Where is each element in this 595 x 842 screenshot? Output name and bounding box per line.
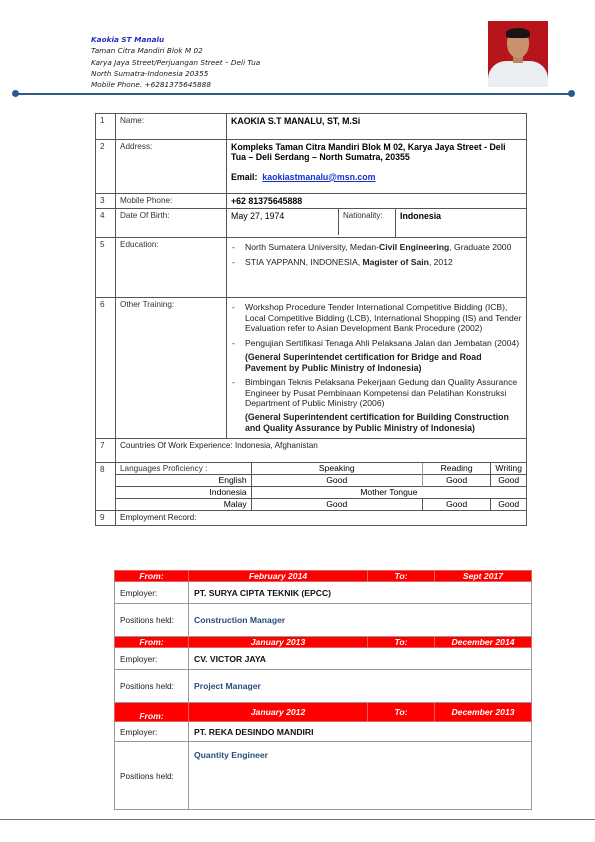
profile-photo bbox=[488, 21, 548, 87]
row-number: 9 bbox=[96, 510, 116, 525]
row-number: 4 bbox=[96, 209, 116, 238]
to-date: December 2014 bbox=[435, 637, 532, 648]
divider-dot-left bbox=[12, 90, 19, 97]
header-address-line2: Karya Jaya Street/Perjuangan Street – De… bbox=[91, 57, 260, 68]
header-writing: Writing bbox=[491, 463, 526, 475]
from-label: From: bbox=[115, 571, 189, 582]
row-number: 8 bbox=[96, 462, 116, 510]
dob-text: May 27, 1974 bbox=[231, 211, 284, 221]
language-name: Malay bbox=[116, 498, 251, 510]
training-item: Bimbingan Teknis Pelaksana Pekerjaan Ged… bbox=[245, 377, 522, 433]
position-value: Construction Manager bbox=[189, 604, 532, 637]
language-name: Indonesia bbox=[116, 486, 251, 498]
row-number: 3 bbox=[96, 194, 116, 209]
employer-label: Employer: bbox=[115, 722, 189, 742]
languages-table: Languages Proficiency : Speaking Reading… bbox=[116, 463, 526, 510]
row-label: Mobile Phone: bbox=[116, 194, 227, 209]
record-date-bar: From: January 2012 To: December 2013 bbox=[115, 703, 532, 722]
countries-text: Countries Of Work Experience: Indonesia,… bbox=[116, 438, 527, 462]
from-date: January 2012 bbox=[189, 703, 368, 722]
row-number: 2 bbox=[96, 140, 116, 194]
languages-label: Languages Proficiency : bbox=[116, 463, 251, 475]
employment-table: From: February 2014 To: Sept 2017 Employ… bbox=[114, 570, 532, 810]
education-item: STIA YAPPANN, INDONESIA, Magister of Sai… bbox=[245, 257, 522, 267]
positions-label: Positions held: bbox=[115, 742, 189, 810]
row-languages: 8 Languages Proficiency : Speaking Readi… bbox=[96, 462, 527, 510]
email-line: Email: kaokiastmanalu@msn.com bbox=[231, 172, 522, 182]
row-training: 6 Other Training: Workshop Procedure Ten… bbox=[96, 298, 527, 438]
record-employer: Employer: PT. SURYA CIPTA TEKNIK (EPCC) bbox=[115, 582, 532, 604]
email-link[interactable]: kaokiastmanalu@msn.com bbox=[262, 172, 375, 182]
header-mobile: Mobile Phone. +6281375645888 bbox=[91, 79, 260, 90]
language-reading: Good bbox=[422, 498, 491, 510]
record-date-bar: From: February 2014 To: Sept 2017 bbox=[115, 571, 532, 582]
nationality-label: Nationality: bbox=[338, 209, 395, 235]
contact-header: Kaokia ST Manalu Taman Citra Mandiri Blo… bbox=[91, 34, 260, 90]
record-position: Positions held: Construction Manager bbox=[115, 604, 532, 637]
positions-label: Positions held: bbox=[115, 670, 189, 703]
row-label: Education: bbox=[116, 238, 227, 298]
language-writing: Good bbox=[491, 498, 526, 510]
language-note: Mother Tongue bbox=[251, 486, 526, 498]
row-label: Date Of Birth: bbox=[116, 209, 227, 238]
to-label: To: bbox=[368, 637, 435, 648]
employer-value: PT. REKA DESINDO MANDIRI bbox=[189, 722, 532, 742]
language-speaking: Good bbox=[251, 498, 422, 510]
employer-label: Employer: bbox=[115, 582, 189, 604]
cv-table: 1 Name: KAOKIA S.T MANALU, ST, M.Si 2 Ad… bbox=[95, 113, 527, 526]
row-education: 5 Education: North Sumatera University, … bbox=[96, 238, 527, 298]
positions-label: Positions held: bbox=[115, 604, 189, 637]
header-address-line1: Taman Citra Mandiri Blok M 02 bbox=[91, 45, 260, 56]
language-reading: Good bbox=[422, 474, 491, 486]
row-name: 1 Name: KAOKIA S.T MANALU, ST, M.Si bbox=[96, 114, 527, 140]
divider-dot-right bbox=[568, 90, 575, 97]
row-number: 1 bbox=[96, 114, 116, 140]
row-address: 2 Address: Kompleks Taman Citra Mandiri … bbox=[96, 140, 527, 194]
row-label: Name: bbox=[116, 114, 227, 140]
employer-value: CV. VICTOR JAYA bbox=[189, 648, 532, 670]
to-label: To: bbox=[368, 571, 435, 582]
phone-value: +62 81375645888 bbox=[227, 194, 527, 209]
languages-cell: Languages Proficiency : Speaking Reading… bbox=[116, 462, 527, 510]
position-value: Project Manager bbox=[189, 670, 532, 703]
nationality-value: Indonesia bbox=[396, 209, 527, 238]
row-number: 7 bbox=[96, 438, 116, 462]
from-date: January 2013 bbox=[189, 637, 368, 648]
to-label: To: bbox=[368, 703, 435, 722]
row-label: Other Training: bbox=[116, 298, 227, 438]
to-date: Sept 2017 bbox=[435, 571, 532, 582]
header-divider bbox=[14, 93, 572, 95]
row-number: 5 bbox=[96, 238, 116, 298]
employment-label: Employment Record: bbox=[116, 510, 527, 525]
page-bottom-rule bbox=[0, 819, 595, 820]
record-date-bar: From: January 2013 To: December 2014 bbox=[115, 637, 532, 648]
row-countries: 7 Countries Of Work Experience: Indonesi… bbox=[96, 438, 527, 462]
header-reading: Reading bbox=[422, 463, 491, 475]
position-value: Quantity Engineer bbox=[189, 742, 532, 810]
row-label: Address: bbox=[116, 140, 227, 194]
language-speaking: Good bbox=[251, 474, 422, 486]
record-position: Positions held: Project Manager bbox=[115, 670, 532, 703]
row-number: 6 bbox=[96, 298, 116, 438]
language-name: English bbox=[116, 474, 251, 486]
email-label: Email: bbox=[231, 172, 257, 182]
employer-value: PT. SURYA CIPTA TEKNIK (EPCC) bbox=[189, 582, 532, 604]
header-speaking: Speaking bbox=[251, 463, 422, 475]
record-employer: Employer: PT. REKA DESINDO MANDIRI bbox=[115, 722, 532, 742]
employer-label: Employer: bbox=[115, 648, 189, 670]
address-value: Kompleks Taman Citra Mandiri Blok M 02, … bbox=[227, 140, 527, 194]
record-employer: Employer: CV. VICTOR JAYA bbox=[115, 648, 532, 670]
language-writing: Good bbox=[491, 474, 526, 486]
education-item: North Sumatera University, Medan-Civil E… bbox=[245, 242, 522, 252]
address-text: Kompleks Taman Citra Mandiri Blok M 02, … bbox=[231, 142, 522, 163]
education-list: North Sumatera University, Medan-Civil E… bbox=[227, 238, 527, 298]
row-phone: 3 Mobile Phone: +62 81375645888 bbox=[96, 194, 527, 209]
record-position: Positions held: Quantity Engineer bbox=[115, 742, 532, 810]
header-name: Kaokia ST Manalu bbox=[91, 34, 260, 45]
training-item: Workshop Procedure Tender International … bbox=[245, 302, 522, 333]
row-dob: 4 Date Of Birth: May 27, 1974 Nationalit… bbox=[96, 209, 527, 238]
header-address-line3: North Sumatra-Indonesia 20355 bbox=[91, 68, 260, 79]
from-date: February 2014 bbox=[189, 571, 368, 582]
from-label: From: bbox=[115, 637, 189, 648]
from-label: From: bbox=[115, 703, 189, 722]
name-value: KAOKIA S.T MANALU, ST, M.Si bbox=[227, 114, 527, 140]
to-date: December 2013 bbox=[435, 703, 532, 722]
training-list: Workshop Procedure Tender International … bbox=[227, 298, 527, 438]
dob-value: May 27, 1974 Nationality: bbox=[227, 209, 396, 238]
training-item: Pengujian Sertifikasi Tenaga Ahli Pelaks… bbox=[245, 338, 522, 374]
row-employment: 9 Employment Record: bbox=[96, 510, 527, 525]
